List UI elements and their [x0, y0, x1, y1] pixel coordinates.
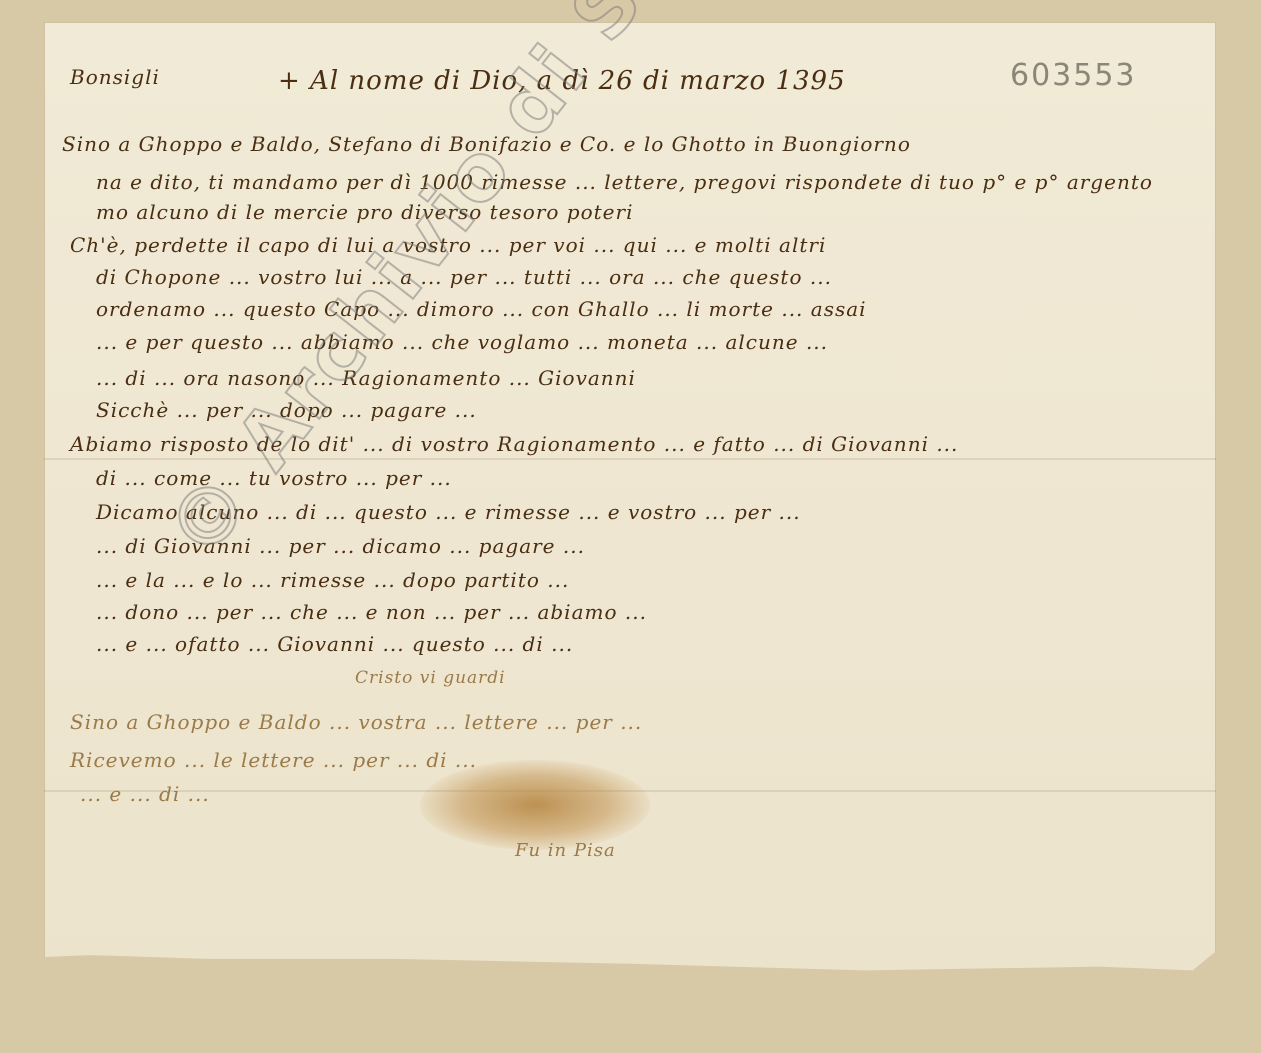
body-line: ... di Giovanni ... per ... dicamo ... p… [96, 534, 585, 558]
postscript-line: ... e ... di ... [80, 782, 210, 806]
water-stain [420, 760, 650, 850]
body-line: mo alcuno di le mercie pro diverso tesor… [96, 200, 633, 224]
archive-number: 603553 [1010, 58, 1137, 93]
body-line: di Chopone ... vostro lui ... a ... per … [96, 265, 832, 289]
body-line: na e dito, ti mandamo per dì 1000 rimess… [96, 170, 1153, 194]
postscript-line: Ricevemo ... le lettere ... per ... di .… [70, 748, 477, 772]
signature: Fu in Pisa [515, 840, 616, 861]
body-line: ... dono ... per ... che ... e non ... p… [96, 600, 647, 624]
body-line: ordenamo ... questo Capo ... dimoro ... … [96, 297, 867, 321]
postscript-line: Sino a Ghoppo e Baldo ... vostra ... let… [70, 710, 642, 734]
body-line: ... e ... ofatto ... Giovanni ... questo… [96, 632, 573, 656]
body-line: ... e per questo ... abbiamo ... che vog… [96, 330, 828, 354]
closing: Cristo vi guardi [355, 668, 506, 688]
body-line: ... e la ... e lo ... rimesse ... dopo p… [96, 568, 569, 592]
marginal-note: Bonsigli [70, 65, 160, 89]
